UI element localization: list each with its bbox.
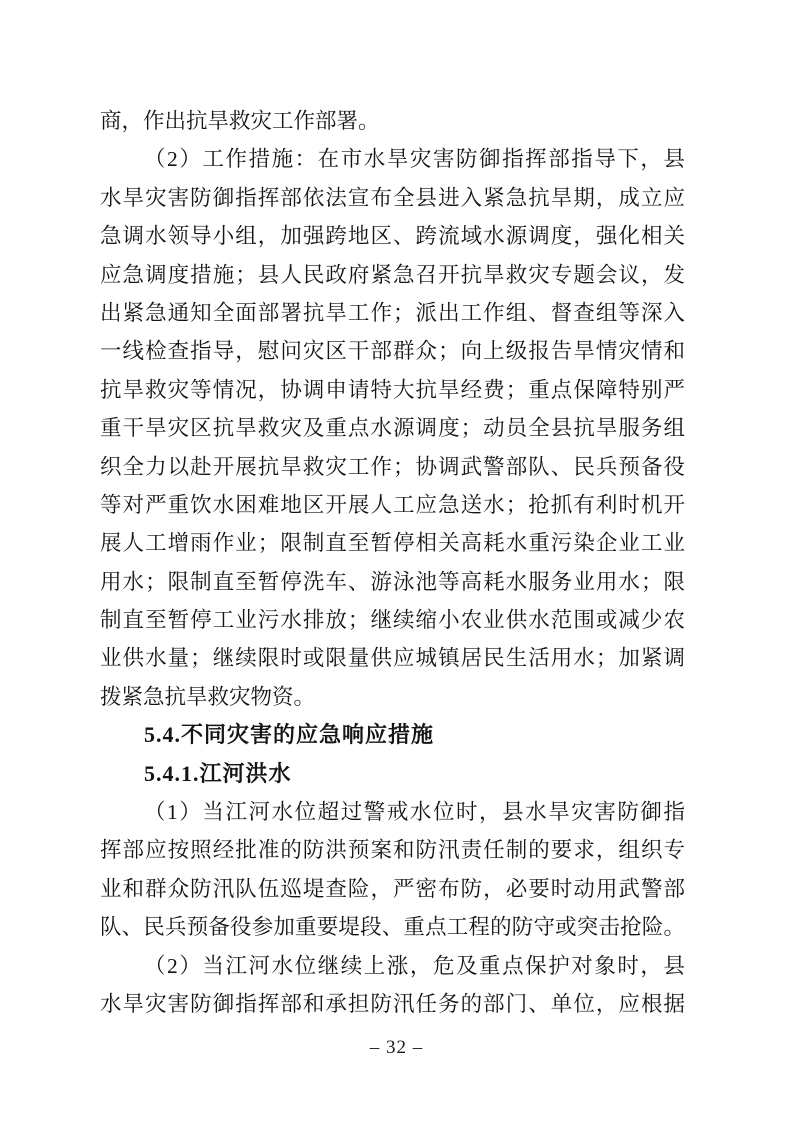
text-line: 一线检查指导，慰问灾区干部群众；向上级报告旱情灾情和 (100, 332, 685, 370)
page-number: – 32 – (0, 1036, 793, 1060)
text-line: 展人工增雨作业；限制直至暂停相关高耗水重污染企业工业 (100, 524, 685, 562)
text-line: 重干旱灾区抗旱救灾及重点水源调度；动员全县抗旱服务组 (100, 409, 685, 447)
text-line: 用水；限制直至暂停洗车、游泳池等高耗水服务业用水；限 (100, 563, 685, 601)
text-line: 等对严重饮水困难地区开展人工应急送水；抢抓有利时机开 (100, 486, 685, 524)
text-line: 抗旱救灾等情况，协调申请特大抗旱经费；重点保障特别严 (100, 371, 685, 409)
text-line: 业和群众防汛队伍巡堤查险，严密布防，必要时动用武警部 (100, 870, 685, 908)
text-line: 队、民兵预备役参加重要堤段、重点工程的防守或突击抢险。 (100, 908, 685, 946)
text-line: 制直至暂停工业污水排放；继续缩小农业供水范围或减少农 (100, 601, 685, 639)
document-page: 商，作出抗旱救灾工作部署。（2）工作措施：在市水旱灾害防御指挥部指导下，县水旱灾… (0, 0, 793, 1122)
text-line: 商，作出抗旱救灾工作部署。 (100, 102, 685, 140)
text-line: 应急调度措施；县人民政府紧急召开抗旱救灾专题会议，发 (100, 256, 685, 294)
text-line: 急调水领导小组，加强跨地区、跨流域水源调度，强化相关 (100, 217, 685, 255)
heading-line: 5.4.不同灾害的应急响应措施 (100, 716, 685, 754)
text-line: 织全力以赴开展抗旱救灾工作；协调武警部队、民兵预备役 (100, 448, 685, 486)
text-line: 水旱灾害防御指挥部依法宣布全县进入紧急抗旱期，成立应 (100, 179, 685, 217)
text-line: （1）当江河水位超过警戒水位时，县水旱灾害防御指 (100, 793, 685, 831)
text-line: 业供水量；继续限时或限量供应城镇居民生活用水；加紧调 (100, 639, 685, 677)
page-body: 商，作出抗旱救灾工作部署。（2）工作措施：在市水旱灾害防御指挥部指导下，县水旱灾… (100, 102, 685, 1023)
text-line: 出紧急通知全面部署抗旱工作；派出工作组、督查组等深入 (100, 294, 685, 332)
text-line: （2）工作措施：在市水旱灾害防御指挥部指导下，县 (100, 140, 685, 178)
text-line: 水旱灾害防御指挥部和承担防汛任务的部门、单位，应根据 (100, 985, 685, 1023)
text-line: 拨紧急抗旱救灾物资。 (100, 678, 685, 716)
text-line: 挥部应按照经批准的防洪预案和防汛责任制的要求，组织专 (100, 831, 685, 869)
heading-line: 5.4.1.江河洪水 (100, 755, 685, 793)
text-line: （2）当江河水位继续上涨，危及重点保护对象时，县 (100, 947, 685, 985)
